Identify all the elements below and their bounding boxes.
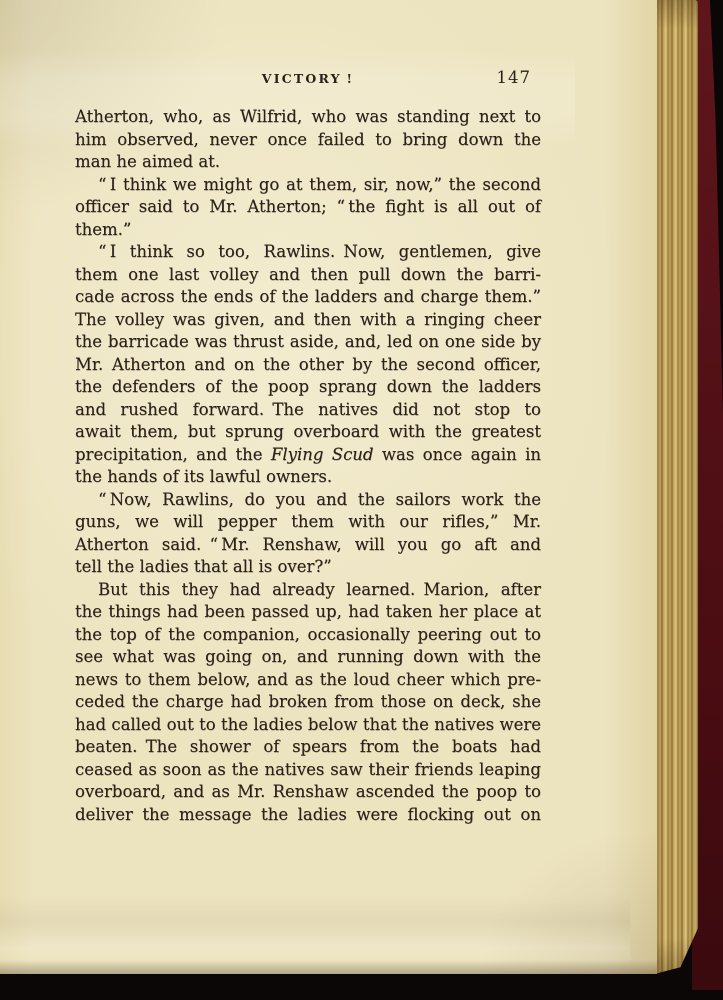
text-segment: Atherton, who, as Wilfrid, who was stand…	[75, 107, 541, 126]
text-segment: the defenders of the poop sprang down th…	[75, 377, 541, 396]
text-line: them one last volley and then pull down …	[75, 264, 541, 287]
text-segment: the barricade was thrust aside, and, led…	[75, 332, 541, 351]
text-segment: was once again in	[374, 445, 541, 464]
text-segment: beaten. The shower of spears from the bo…	[75, 737, 541, 756]
text-line: see what was going on, and running down …	[75, 646, 541, 669]
text-segment: guns, we will pepper them with our rifle…	[75, 512, 541, 531]
text-segment: ceased as soon as the natives saw their …	[75, 760, 541, 779]
text-segment: The volley was given, and then with a ri…	[75, 310, 541, 329]
text-segment: man he aimed at.	[75, 152, 220, 171]
text-line: “ I think we might go at them, sir, now,…	[75, 174, 541, 197]
text-line: guns, we will pepper them with our rifle…	[75, 511, 541, 534]
text-line: news to them below, and as the loud chee…	[75, 669, 541, 692]
text-line: deliver the message the ladies were floc…	[75, 804, 541, 827]
text-line: overboard, and as Mr. Renshaw ascended t…	[75, 781, 541, 804]
text-segment: Atherton said. “ Mr. Renshaw, will you g…	[75, 535, 541, 554]
text-segment: ceded the charge had broken from those o…	[75, 692, 541, 711]
text-segment: the hands of its lawful owners.	[75, 467, 332, 486]
book-page-edges	[654, 0, 698, 977]
text-line: them.”	[75, 219, 541, 242]
book-page: VICTORY ! 147 Atherton, who, as Wilfrid,…	[0, 0, 657, 974]
text-segment: await them, but sprung overboard with th…	[75, 422, 541, 441]
page-header: VICTORY ! 147	[75, 68, 541, 90]
text-segment: “ I think we might go at them, sir, now,…	[98, 175, 541, 194]
text-segment: the things had been passed up, had taken…	[75, 602, 541, 621]
text-line: Atherton said. “ Mr. Renshaw, will you g…	[75, 534, 541, 557]
text-line: cade across the ends of the ladders and …	[75, 286, 541, 309]
text-line: beaten. The shower of spears from the bo…	[75, 736, 541, 759]
text-line: the top of the companion, occasionally p…	[75, 624, 541, 647]
text-segment: see what was going on, and running down …	[75, 647, 541, 666]
text-segment: precipitation, and the	[75, 445, 271, 464]
text-segment: officer said to Mr. Atherton; “ the figh…	[75, 197, 541, 216]
text-line: officer said to Mr. Atherton; “ the figh…	[75, 196, 541, 219]
text-line: The volley was given, and then with a ri…	[75, 309, 541, 332]
text-segment: cade across the ends of the ladders and …	[75, 287, 541, 306]
text-line: the hands of its lawful owners.	[75, 466, 541, 489]
text-segment: them one last volley and then pull down …	[75, 265, 541, 284]
page-number: 147	[497, 68, 532, 87]
text-line: await them, but sprung overboard with th…	[75, 421, 541, 444]
text-segment: had called out to the ladies below that …	[75, 715, 541, 734]
text-line: the things had been passed up, had taken…	[75, 601, 541, 624]
text-segment: “ I think so too, Rawlins. Now, gentleme…	[98, 242, 541, 261]
text-line: the barricade was thrust aside, and, led…	[75, 331, 541, 354]
text-segment: and rushed forward. The natives did not …	[75, 400, 541, 419]
text-line: precipitation, and the Flying Scud was o…	[75, 444, 541, 467]
text-line: man he aimed at.	[75, 151, 541, 174]
text-line: the defenders of the poop sprang down th…	[75, 376, 541, 399]
ship-name-italic: Flying Scud	[271, 445, 374, 464]
text-segment: him observed, never once failed to bring…	[75, 130, 541, 149]
text-line: had called out to the ladies below that …	[75, 714, 541, 737]
text-line: and rushed forward. The natives did not …	[75, 399, 541, 422]
text-segment: “ Now, Rawlins, do you and the sailors w…	[98, 490, 541, 509]
page-text: Atherton, who, as Wilfrid, who was stand…	[75, 106, 541, 826]
text-segment: the top of the companion, occasionally p…	[75, 625, 541, 644]
text-line: him observed, never once failed to bring…	[75, 129, 541, 152]
text-segment: overboard, and as Mr. Renshaw ascended t…	[75, 782, 541, 801]
text-line: Atherton, who, as Wilfrid, who was stand…	[75, 106, 541, 129]
text-line: “ Now, Rawlins, do you and the sailors w…	[75, 489, 541, 512]
text-segment: tell the ladies that all is over?”	[75, 557, 332, 576]
text-line: Mr. Atherton and on the other by the sec…	[75, 354, 541, 377]
text-segment: deliver the message the ladies were floc…	[75, 805, 541, 824]
text-segment: them.”	[75, 220, 131, 239]
text-segment: news to them below, and as the loud chee…	[75, 670, 541, 689]
running-title: VICTORY !	[75, 71, 541, 86]
text-line: But this they had already learned. Mario…	[75, 579, 541, 602]
text-line: ceased as soon as the natives saw their …	[75, 759, 541, 782]
text-line: “ I think so too, Rawlins. Now, gentleme…	[75, 241, 541, 264]
text-line: tell the ladies that all is over?”	[75, 556, 541, 579]
text-line: ceded the charge had broken from those o…	[75, 691, 541, 714]
text-segment: But this they had already learned. Mario…	[98, 580, 541, 599]
text-segment: Mr. Atherton and on the other by the sec…	[75, 355, 541, 374]
scan-artifact-band	[0, 896, 630, 968]
